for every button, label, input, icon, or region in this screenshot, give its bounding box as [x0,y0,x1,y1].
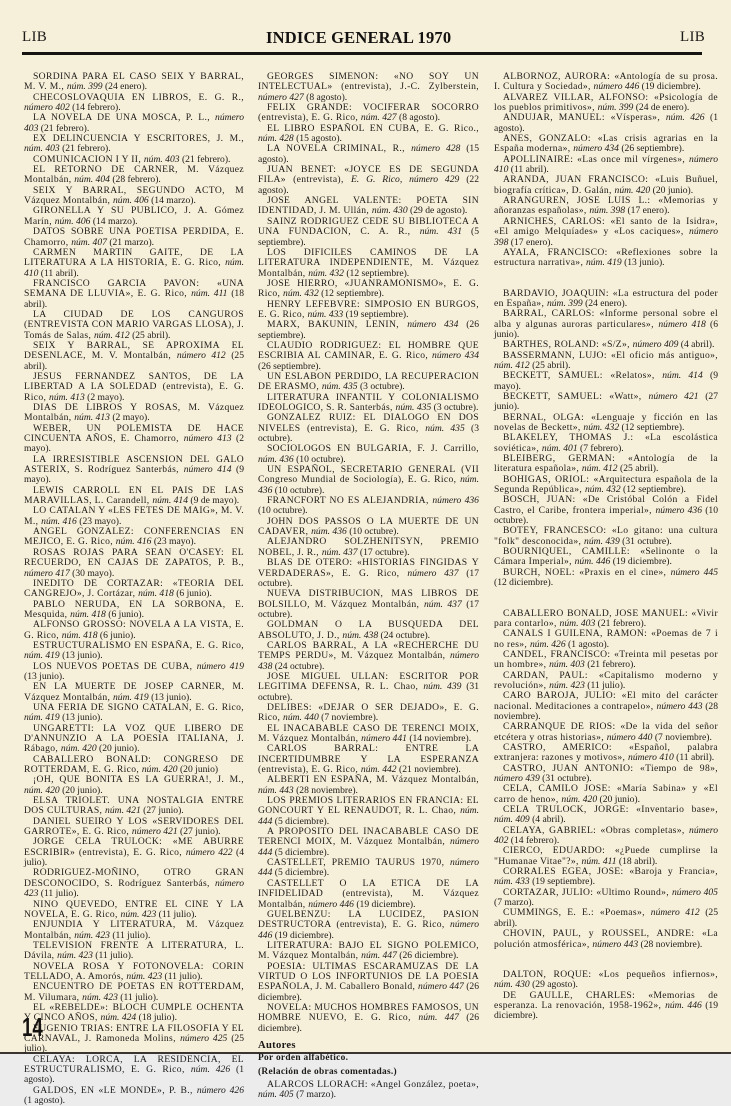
index-entry: POESIA: ULTIMAS ESCARAMUZAS DE LA VIRTUD… [258,962,479,1003]
entry-title: CARMEN MARTIN GAITE, DE LA LITERATURA A … [24,247,244,268]
issue-number: número 425 [180,1033,227,1044]
index-entry: CELA, CAMILO JOSE: «María Sabina» y «El … [494,784,718,805]
index-entry: CHECOSLOVAQUIA EN LIBROS, E. G. R., núme… [24,93,244,114]
index-entry: BARRAL, CARLOS: «Informe personal sobre … [494,309,718,340]
issue-date: (31 octubre). [540,773,592,784]
index-entry: DIAS DE LIBROS Y ROSAS, M. Vázquez Monta… [24,403,244,424]
issue-number: núm. 399 [598,102,634,113]
index-entry: ENCUENTRO DE POETAS EN ROTTERDAM, M. Vil… [24,982,244,1003]
issue-date: (4 abril). [678,339,714,350]
issue-number: núm. 419 [586,257,622,268]
issue-date: (15 agosto). [294,133,342,144]
issue-number: número 446 [594,81,640,92]
issue-number: núm. 420 [561,794,597,805]
index-entry: UN ESPAÑOL, SECRETARIO GENERAL (VII Cong… [258,465,479,496]
entry-title: APOLLINAIRE: «Las once mil vírgenes», [503,154,689,165]
index-entry: CUMMINGS, E. E.: «Poemas», número 412 (2… [494,908,718,929]
issue-date: (24 octubre). [272,661,324,672]
issue-number: núm. 407 [71,237,107,248]
issue-date: (7 febrero). [578,443,624,454]
issue-date: (20 junio) [178,764,219,775]
index-entry: CIERCO, EDUARDO: «¿Puede cumplirse la "H… [494,846,718,867]
index-entry: JOSE ANGEL VALENTE: POETA SIN IDENTIDAD,… [258,196,479,217]
index-entry: DALTON, ROQUE: «Los pequeños infiernos»,… [494,970,718,991]
issue-date: (28 noviembre). [294,785,358,796]
index-entry: LOS PREMIOS LITERARIOS EN FRANCIA: EL GO… [258,796,479,827]
entry-title: BECKETT, SAMUEL: «Relatos», [503,370,662,381]
issue-date: (17 enero). [625,205,669,216]
index-entry: BOTEY, FRANCESCO: «Lo gitano: una cultur… [494,526,718,547]
page-number: 14 [22,1012,43,1043]
issue-number: número 446 [308,899,354,910]
index-entry: ARNICHES, CARLOS: «El santo de la Isidra… [494,217,718,248]
letter-group-gap [494,269,718,289]
index-entry: CARLOS BARRAL, A LA «RECHERCHE DU TEMPS … [258,641,479,672]
issue-number: núm. 428 [258,133,294,144]
issue-number: núm. 406 [113,195,149,206]
index-entry: NINO QUEVEDO, ENTRE EL CINE Y LA NOVELA,… [24,900,244,921]
index-entry: DANIEL SUEIRO Y LOS «SERVIDORES DEL GARR… [24,817,244,838]
index-entry: CARO BAROJA, JULIO: «El mito del carácte… [494,691,718,722]
issue-number: núm. 433 [494,876,530,887]
issue-date: (13 junio). [60,650,103,661]
issue-date: (19 diciembre). [272,930,334,941]
issue-number: núm. 436 [311,526,347,537]
issue-number: núm. 404 [74,174,110,185]
index-entry: MARX, BAKUNIN, LENIN, número 434 (26 sep… [258,320,479,341]
index-entry: A PROPOSITO DEL INACABABLE CASO DE TEREN… [258,827,479,858]
entry-title: BASSERMANN, LUJO: «El oficio más antiguo… [503,350,718,361]
issue-number: núm. 424 [101,1012,137,1023]
entry-title: EX DELINCUENCIA Y ESCRITORES, J. M., [33,133,244,144]
index-entry: CASTELLET, PREMIO TAURUS 1970, número 44… [258,858,479,879]
issue-date: (26 septiembre). [619,143,684,154]
issue-number: núm. 443 [258,785,294,796]
issue-number: número 441 [361,733,407,744]
index-entry: GUELBENZU: LA LUCIDEZ, PASION DESTRUCTOR… [258,910,479,941]
entry-title: LA NOVELA DE UNA MOSCA, P. L., [33,112,215,123]
index-entry: CLAUDIO RODRIGUEZ: EL HOMBRE QUE ESCRIBI… [258,341,479,372]
index-entry: SORDINA PARA EL CASO SEIX Y BARRAL, M. V… [24,72,244,93]
issue-number: número 443 [657,701,703,712]
issue-date: (2 mayo). [110,412,150,423]
index-entry: ARANDA, JUAN FRANCISCO: «Luis Buñuel, bi… [494,175,718,196]
index-entry: EL «REBELDE»: BLOCH CUMPLE OCHENTA Y CIN… [24,1003,244,1024]
entry-title: CELA TRULOCK, JORGE: «Inventario base», [503,804,718,815]
index-entry: CABALLERO BONALD: CONGRESO DE ROTTERDAM,… [24,755,244,776]
entry-title: CASTELLET, PREMIO TAURUS 1970, [267,857,450,868]
issue-date: (29 agosto). [530,979,578,990]
issue-date: (24 enero). [103,81,147,92]
index-entry: CASTRO, AMERICO: «Español, palabra extra… [494,743,718,764]
index-entry: EN LA MUERTE DE JOSEP CARNER, M. Vázquez… [24,682,244,703]
index-entry: DELIBES: «DEJAR O SER DEJADO», E. G. Ric… [258,703,479,724]
index-entry: ALBERTI EN ESPAÑA, M. Vázquez Montalbán,… [258,775,479,796]
issue-number: núm. 420 [61,743,97,754]
issue-number: núm. 403 [560,618,596,629]
index-entry: CASTELLET O LA ETICA DE LA INFIDELIDAD (… [258,879,479,910]
entry-title: LOS PREMIOS LITERARIOS EN FRANCIA: EL GO… [258,795,479,816]
issue-number: núm. 414 [152,495,188,506]
issue-date: (19 septiembre). [530,876,595,887]
entry-title: LA NOVELA CRIMINAL, R., [267,143,411,154]
index-entry: SEIX Y BARRAL, SEGUNDO ACTO, M Vázquez M… [24,186,244,207]
entry-title: MARX, BAKUNIN, LENIN, [267,319,407,330]
entry-title: CELAYA, GABRIEL: «Obras completas», [503,825,689,836]
issue-date: (11 abril). [674,752,714,763]
issue-date: (3 octubre). [431,402,478,413]
index-entry: ELSA TRIOLET. UNA NOSTALGIA ENTRE DOS CU… [24,796,244,817]
running-head-left: LIB [22,29,47,46]
index-entry: CARDAN, PAUL: «Capitalismo moderno y rev… [494,671,718,692]
issue-date: (11 abril). [508,164,548,175]
issue-date: (14 noviembre). [407,733,471,744]
index-entry: BOSCH, JUAN: «De Cristóbal Colón a Fidel… [494,495,718,526]
issue-date: (19 septiembre). [343,309,408,320]
issue-date: (3 octubre). [358,381,405,392]
index-entry: CELAYA, GABRIEL: «Obras completas», núme… [494,826,718,847]
issue-number: número 439 [494,773,540,784]
index-entry: SAINZ RODRIGUEZ CEDE SU BIBLIOTECA A UNA… [258,217,479,248]
issue-number: número 402 [24,102,70,113]
index-entry: FRANCFORT NO ES ALEJANDRIA, número 436 (… [258,496,479,517]
index-entry: RODRIGUEZ-MOÑINO, OTRO GRAN DESCONOCIDO,… [24,868,244,899]
index-entry: ALVAREZ VILLAR, ALFONSO: «Psicología de … [494,93,718,114]
issue-date: (12 septiembre). [319,288,384,299]
issue-date: (5 diciembre). [272,847,329,858]
issue-date: (5 diciembre). [272,867,329,878]
issue-number: núm. 419 [24,650,60,661]
issue-number: núm. 403 [144,154,180,165]
issue-number: núm. 433 [308,309,344,320]
index-entry: BECKETT, SAMUEL: «Relatos», núm. 414 (9 … [494,371,718,392]
issue-number: núm. 426 [191,1064,230,1071]
index-entry: LA CIUDAD DE LOS CANGUROS (ENTREVISTA CO… [24,310,244,341]
issue-number: núm. 418 [70,609,106,620]
issue-date: (21 febrero). [60,143,111,154]
entry-title: EL LIBRO ESPAÑOL EN CUBA, E. G. Rico., [267,123,479,134]
index-entry: CARRANQUE DE RIOS: «De la vida del señor… [494,722,718,743]
issue-number: núm. 403 [549,659,585,670]
issue-date: (11 julio). [110,930,150,941]
index-entry: EL RETORNO DE CARNER, M. Vázquez Montalb… [24,165,244,186]
issue-date: (24 de enero). [633,102,689,113]
issue-number: núm. 426 [666,112,705,123]
issue-number: núm. 423 [57,950,93,961]
entry-title: FRANCFORT NO ES ALEJANDRIA, [267,495,432,506]
index-entry: DATOS SOBRE UNA POETISA PERDIDA, E. Cham… [24,227,244,248]
issue-date: (21 febrero). [595,618,646,629]
issue-number: núm. 430 [494,979,530,990]
index-entry: ANGEL GONZALEZ: CONFERENCIAS EN MEJICO, … [24,527,244,548]
issue-number: número 421 [649,391,699,402]
issue-date: (20 junio). [650,185,693,196]
index-entry: BOURNIQUEL, CAMILLE: «Selinonte o la Cám… [494,547,718,568]
issue-number: E. G. Rico, número 429 [351,174,459,185]
index-entry: NUEVA DISTRIBUCION, MAS LIBROS DE BOLSIL… [258,589,479,620]
issue-number: número 412 [651,907,700,918]
index-entry: CANDEL, FRANCISCO: «Treinta mil pesetas … [494,650,718,671]
issue-date: (20 junio). [97,743,140,754]
issue-date: (17 enero). [508,237,552,248]
column-titles-part1: SORDINA PARA EL CASO SEIX Y BARRAL, M. V… [24,72,244,1071]
issue-date: (25 abril). [618,463,659,474]
issue-number: número 427 [258,92,304,103]
issue-date: (23 mayo). [77,516,122,527]
entry-title: A PROPOSITO DEL INACABABLE CASO DE TEREN… [258,826,479,847]
issue-number: núm. 423 [82,992,118,1003]
issue-number: número 436 [655,505,702,516]
issue-number: núm. 438 [342,630,378,641]
issue-number: núm. 435 [322,381,358,392]
issue-number: núm. 423 [74,930,110,941]
index-entry: JOHN DOS PASSOS O LA MUERTE DE UN CADAVE… [258,517,479,538]
entry-title: CUMMINGS, E. E.: «Poemas», [503,907,651,918]
index-entry: JORGE CELA TRULOCK: «ME ABURRE ESCRIBIR»… [24,837,244,868]
issue-date: (20 junio). [60,785,103,796]
index-entry: GEORGES SIMENON: «NO SOY UN INTELECTUAL»… [258,72,479,103]
authors-note: (Relación de obras comentadas.) [258,1067,479,1071]
issue-date: (26 septiembre). [258,361,321,372]
index-entry: FELIX GRANDE: VOCIFERAR SOCORRO (entrevi… [258,103,479,124]
entry-title: ANDUJAR, MANUEL: «Vísperas», [503,112,666,123]
index-entry: CARMEN MARTIN GAITE, DE LA LITERATURA A … [24,248,244,279]
entry-title: DALTON, ROQUE: «Los pequeños infiernos», [503,969,718,980]
header-rule [22,52,702,55]
index-entry: LITERATURA INFANTIL Y COLONIALISMO IDEOL… [258,393,479,414]
issue-number: núm. 423 [549,680,585,691]
issue-number: núm. 446 [575,556,611,567]
issue-date: (13 junio). [622,257,665,268]
index-entry: GIRONELLA Y SU PUBLICO, J. A. Gómez Marí… [24,206,244,227]
issue-number: número 417 [24,568,70,579]
entry-title: CORTAZAR, JULIO: «Ultimo Round», [503,887,672,898]
index-entry: NOVELA ROSA Y FOTONOVELA: CORIN TELLADO,… [24,962,244,983]
issue-date: (9 de mayo). [188,495,239,506]
index-entry: ENJUNDIA Y LITERATURA, M. Vázquez Montal… [24,920,244,941]
issue-date: (18 julio). [136,1012,177,1023]
entry-title: UNA FERIA DE SIGNO CATALAN, E. G. Rico, [33,702,244,713]
issue-date: (25 abril). [130,330,171,341]
index-entry: CORRALES EGEA, JOSE: «Baroja y Francia»,… [494,867,718,888]
index-entry: JOSE MIGUEL ULLAN: ESCRITOR POR LEGITIMA… [258,672,479,703]
index-entry: EL INACABABLE CASO DE TERENCI MOIX, M. V… [258,724,479,745]
issue-date: (13 junio). [149,692,192,703]
index-entry: JUAN BENET: «JOYCE ES DE SEGUNDA FILA» (… [258,165,479,196]
issue-date: (25 abril). [530,360,571,371]
issue-number: número 440 [607,732,653,743]
issue-date: (18 abril). [617,856,658,867]
issue-number: núm. 413 [74,412,110,423]
issue-date: (24 octubre). [378,630,430,641]
issue-number: núm. 421 [105,805,141,816]
issue-number: núm. 416 [116,536,152,547]
entry-title: ¡OH, QUE BONITA ES LA GUERRA!, J. M., [33,774,244,785]
column-titles-part2: GEORGES SIMENON: «NO SOY UN INTELECTUAL»… [258,72,479,1071]
entry-title: ALBERTI EN ESPAÑA, M. Vázquez Montalbán, [267,774,479,785]
entry-title: CASTRO, JUAN ANTONIO: «Tiempo de 98», [503,763,718,774]
issue-number: núm. 432 [283,288,319,299]
issue-number: núm. 403 [24,143,60,154]
entry-title: ESTRUCTURALISMO EN ESPAÑA, E. G. Rico, [33,640,244,651]
issue-date: (30 mayo). [70,568,115,579]
index-entry: CORTAZAR, JULIO: «Ultimo Round», número … [494,888,718,909]
index-entry: LA NOVELA CRIMINAL, R., número 428 (15 a… [258,144,479,165]
issue-number: núm. 416 [41,516,77,527]
magazine-page: LIB INDICE GENERAL 1970 LIB SORDINA PARA… [0,0,731,1054]
index-entry: ALFONSO GROSSO: NOVELA A LA VISTA, E. G.… [24,620,244,641]
index-entry: INEDITO DE CORTAZAR: «TEORIA DEL CANGREJ… [24,579,244,600]
entry-title: CHECOSLOVAQUIA EN LIBROS, E. G. R., [33,92,244,103]
issue-number: número 434 [573,143,619,154]
entry-title: SOCIOLOGOS EN BULGARIA, F. J. Carrillo, [267,443,479,454]
index-entry: GONZALEZ RUIZ: EL DIALOGO EN DOS NIVELES… [258,413,479,444]
index-entry: ROSAS ROJAS PARA SEAN O'CASEY: EL RECUER… [24,548,244,579]
issue-number: núm. 432 [308,268,344,279]
issue-number: número 422 [186,847,233,858]
issue-number: número 436 [432,495,479,506]
issue-number: núm. 423 [121,909,157,920]
index-entry: LITERATURA: BAJO EL SIGNO POLEMICO, M. V… [258,941,479,962]
issue-date: (27 junio). [178,826,221,837]
issue-number: núm. 418 [138,588,174,599]
issue-date: (28 noviembre). [638,939,702,950]
issue-number: número 434 [407,319,458,330]
index-entry: CHOVIN, PAUL, y ROUSSEL, ANDRE: «La polu… [494,929,718,950]
issue-number: núm. 439 [423,681,461,692]
issue-number: núm. 411 [582,856,617,867]
index-entry: UNA FERIA DE SIGNO CATALAN, E. G. Rico, … [24,703,244,724]
issue-number: núm. 412 [94,330,130,341]
index-entry: JESUS FERNANDEZ SANTOS, DE LA LIBERTAD A… [24,372,244,403]
index-entry: ALBORNOZ, AURORA: «Antología de su prosa… [494,72,718,93]
issue-date: (19 diciembre). [354,899,416,910]
index-entry: SEIX Y BARRAL, SE APROXIMA EL DESENLACE,… [24,341,244,372]
issue-date: (12 diciembre). [494,577,553,588]
index-entry: WEBER, UN POLEMISTA DE HACE CINCUENTA AÑ… [24,424,244,455]
issue-date: (19 diciembre). [610,556,672,567]
authors-heading: Autores [258,1041,479,1051]
issue-number: número 418 [658,319,706,330]
issue-date: (8 agosto). [397,112,440,123]
issue-number: número 412 [177,350,226,361]
issue-date: (27 junio). [141,805,184,816]
issue-date: (12 septiembre). [621,484,686,495]
index-entry: AYALA, FRANCISCO: «Reflexiones sobre la … [494,248,718,269]
letter-group-gap [494,950,718,970]
issue-date: (12 septiembre). [619,422,684,433]
index-entry: APOLLINAIRE: «Las once mil vírgenes», nú… [494,155,718,176]
index-entry: EL LIBRO ESPAÑOL EN CUBA, E. G. Rico., n… [258,124,479,145]
issue-date: (10 octubre). [347,526,399,537]
index-entry: LEWIS CARROLL EN EL PAIS DE LAS MARAVILL… [24,486,244,507]
issue-number: núm. 437 [322,547,358,558]
issue-number: núm. 423 [126,971,162,982]
issue-date: (12 septiembre). [344,268,409,279]
issue-number: núm. 439 [584,536,620,547]
issue-number: núm. 432 [583,422,619,433]
issue-date: (11 julio). [585,680,625,691]
issue-number: número 437 [407,568,458,579]
index-entry: EUGENIO TRIAS: ENTRE LA FILOSOFIA Y EL C… [24,1024,244,1055]
issue-date: (7 marzo). [494,897,534,908]
index-entry: ¡OH, QUE BONITA ES LA GUERRA!, J. M., nú… [24,775,244,796]
issue-date: (19 diciembre). [639,81,701,92]
issue-number: núm. 419 [113,692,149,703]
issue-date: (11 julio). [93,950,133,961]
entry-title: BARTHES, ROLAND: «S/Z», [503,339,633,350]
issue-number: núm. 419 [24,712,60,723]
issue-date: (21 febrero). [585,659,636,670]
issue-number: núm. 412 [582,463,618,474]
issue-date: (4 abril). [530,814,566,825]
issue-date: (10 octubre). [258,505,308,516]
index-entry: PABLO NERUDA, EN LA SORBONA, E. Mesquida… [24,600,244,621]
issue-date: (31 octubre). [620,536,672,547]
entry-title: COMUNICACION I Y II, [33,154,144,165]
column-authors: ALBORNOZ, AURORA: «Antología de su prosa… [494,72,718,1022]
issue-date: (28 febrero). [110,174,161,185]
issue-number: núm. 426 [530,639,566,650]
entry-title: RODRIGUEZ-MOÑINO, OTRO GRAN DESCONOCIDO,… [24,867,244,888]
index-entry: LOS DIFICILES CAMINOS DE LA LITERATURA I… [258,248,479,279]
issue-date: (14 febrero). [70,102,121,113]
issue-date: (11 julio). [156,909,196,920]
issue-date: (21 febrero). [180,154,231,165]
entry-title: GUELBENZU: LA LUCIDEZ, PASION DESTRUCTOR… [258,909,479,930]
entry-title: BECKETT, SAMUEL: «Watt», [503,391,649,402]
issue-number: núm. 446 [665,1000,702,1011]
issue-date: (14 febrero). [508,835,559,846]
issue-number: número 405 [672,887,718,898]
page-title: INDICE GENERAL 1970 [266,28,451,48]
issue-number: número 421 [132,826,178,837]
index-entry: LA IRRESISTIBLE ASCENSION DEL GALO ASTER… [24,455,244,486]
index-entry: BLAKELEY, THOMAS J.: «La escolástica sov… [494,433,718,454]
issue-date: (23 mayo). [151,536,196,547]
index-entry: EX DELINCUENCIA Y ESCRITORES, J. M., núm… [24,134,244,155]
issue-date: (11 julio). [162,971,202,982]
issue-date: (13 junio). [24,671,65,682]
index-entry: ESTRUCTURALISMO EN ESPAÑA, E. G. Rico, n… [24,641,244,662]
entry-title: CARLOS BARRAL, A LA «RECHERCHE DU TEMPS … [258,640,479,661]
issue-number: número 445 [671,567,718,578]
index-entry: ANDUJAR, MANUEL: «Vísperas», núm. 426 (1… [494,113,718,134]
issue-number: número 419 [197,661,244,672]
issue-number: núm. 399 [547,298,583,309]
issue-date: (6 junio). [106,609,144,620]
index-entry: CELAYA: LORCA, LA RESIDENCIA, EL ESTRUCT… [24,1055,244,1071]
issue-number: núm. 440 [283,712,319,723]
index-entry: HENRY LEFEBVRE: SIMPOSIO EN BURGOS, E. G… [258,300,479,321]
index-entry: CARLOS BARRAL: ENTRE LA INCERTIDUMBRE Y … [258,744,479,775]
index-entry: BASSERMANN, LUJO: «El oficio más antiguo… [494,351,718,372]
entry-title: UN ESPAÑOL, SECRETARIO GENERAL (VII Cong… [258,464,479,485]
index-entry: SOCIOLOGOS EN BULGARIA, F. J. Carrillo, … [258,444,479,465]
issue-date: (6 junio). [174,588,212,599]
issue-number: núm. 420 [142,764,178,775]
entry-title: ARNICHES, CARLOS: «El santo de la Isidra… [494,216,718,237]
issue-number: número 434 [432,350,479,361]
entry-title: BURCH, NOEL: «Praxis en el cine», [503,567,671,578]
issue-date: (11 abril). [38,268,78,279]
issue-date: (20 junio). [597,794,640,805]
entry-title: ROSAS ROJAS PARA SEAN O'CASEY: EL RECUER… [24,547,244,568]
issue-date: (24 enero). [583,298,627,309]
issue-date: (5 diciembre). [272,816,329,827]
issue-date: (6 junio). [98,630,136,641]
index-entry: TELEVISION FRENTE A LITERATURA, L. Dávil… [24,941,244,962]
